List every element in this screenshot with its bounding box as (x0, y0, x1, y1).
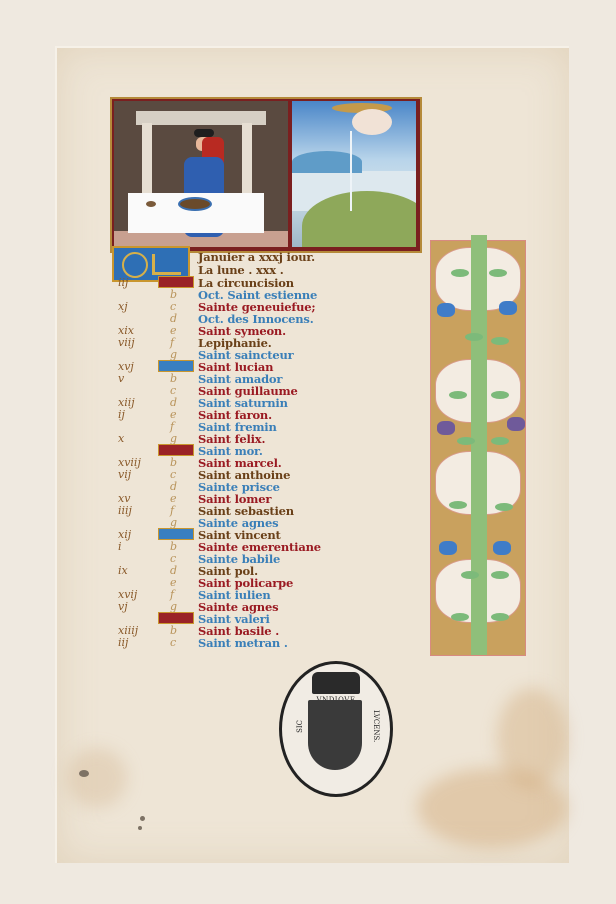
leaf (491, 613, 509, 621)
leaf (491, 437, 509, 445)
leaf (449, 501, 467, 509)
month-heading: Januier a xxxj iour. (198, 250, 315, 264)
golden-number: iiij (118, 504, 132, 518)
purple-flower-icon (437, 421, 455, 435)
table-with-cloth (128, 193, 264, 233)
leaf (451, 613, 469, 621)
leaf (491, 337, 509, 345)
blue-flower-icon (437, 303, 455, 317)
blue-flower-icon (493, 541, 511, 555)
golden-number: iij (118, 636, 128, 650)
golden-number: ij (118, 408, 125, 422)
ink-spot (140, 816, 145, 821)
seal-motto-left: SIC (296, 720, 304, 733)
leaf (495, 503, 513, 511)
seal-motto-right: LVCENS. (372, 710, 380, 742)
leaf (491, 391, 509, 399)
blue-flower-icon (439, 541, 457, 555)
moon-heading: La lune . xxx . (198, 263, 284, 277)
miniature-aquarius (292, 101, 416, 247)
leaf (449, 391, 467, 399)
line-filler (158, 276, 194, 288)
golden-number: x (118, 432, 124, 446)
feast-entry: Saint metran . (198, 636, 288, 650)
ink-spot (138, 826, 142, 830)
miniature-frame (110, 97, 422, 253)
leaf (461, 571, 479, 579)
golden-number: vij (118, 468, 131, 482)
column (242, 123, 252, 193)
golden-number: xj (118, 300, 128, 314)
leaf (451, 269, 469, 277)
leaf (465, 333, 483, 341)
crown-icon (312, 672, 360, 694)
line-filler (158, 528, 194, 540)
cherub-pouring-water (352, 109, 392, 135)
column (142, 123, 152, 193)
golden-number: viij (118, 336, 135, 350)
ink-spot (79, 770, 89, 777)
golden-number: vj (118, 600, 128, 614)
armorial-stamp: VNDIQVE SIC LVCENS. (279, 661, 393, 797)
golden-number: iij (118, 276, 128, 290)
dominical-letter: c (170, 636, 176, 650)
line-filler (158, 612, 194, 624)
floral-border (430, 240, 526, 656)
vine-stem (471, 235, 487, 655)
blue-flower-icon (499, 301, 517, 315)
leaf (457, 437, 475, 445)
golden-number: v (118, 372, 124, 386)
golden-number: ix (118, 564, 128, 578)
line-filler (158, 444, 194, 456)
miniature-feasting-man (114, 101, 288, 247)
line-filler (158, 360, 194, 372)
golden-number: i (118, 540, 122, 554)
purple-flower-icon (507, 417, 525, 431)
leaf (489, 269, 507, 277)
leaf (491, 571, 509, 579)
shield-icon (308, 700, 362, 770)
